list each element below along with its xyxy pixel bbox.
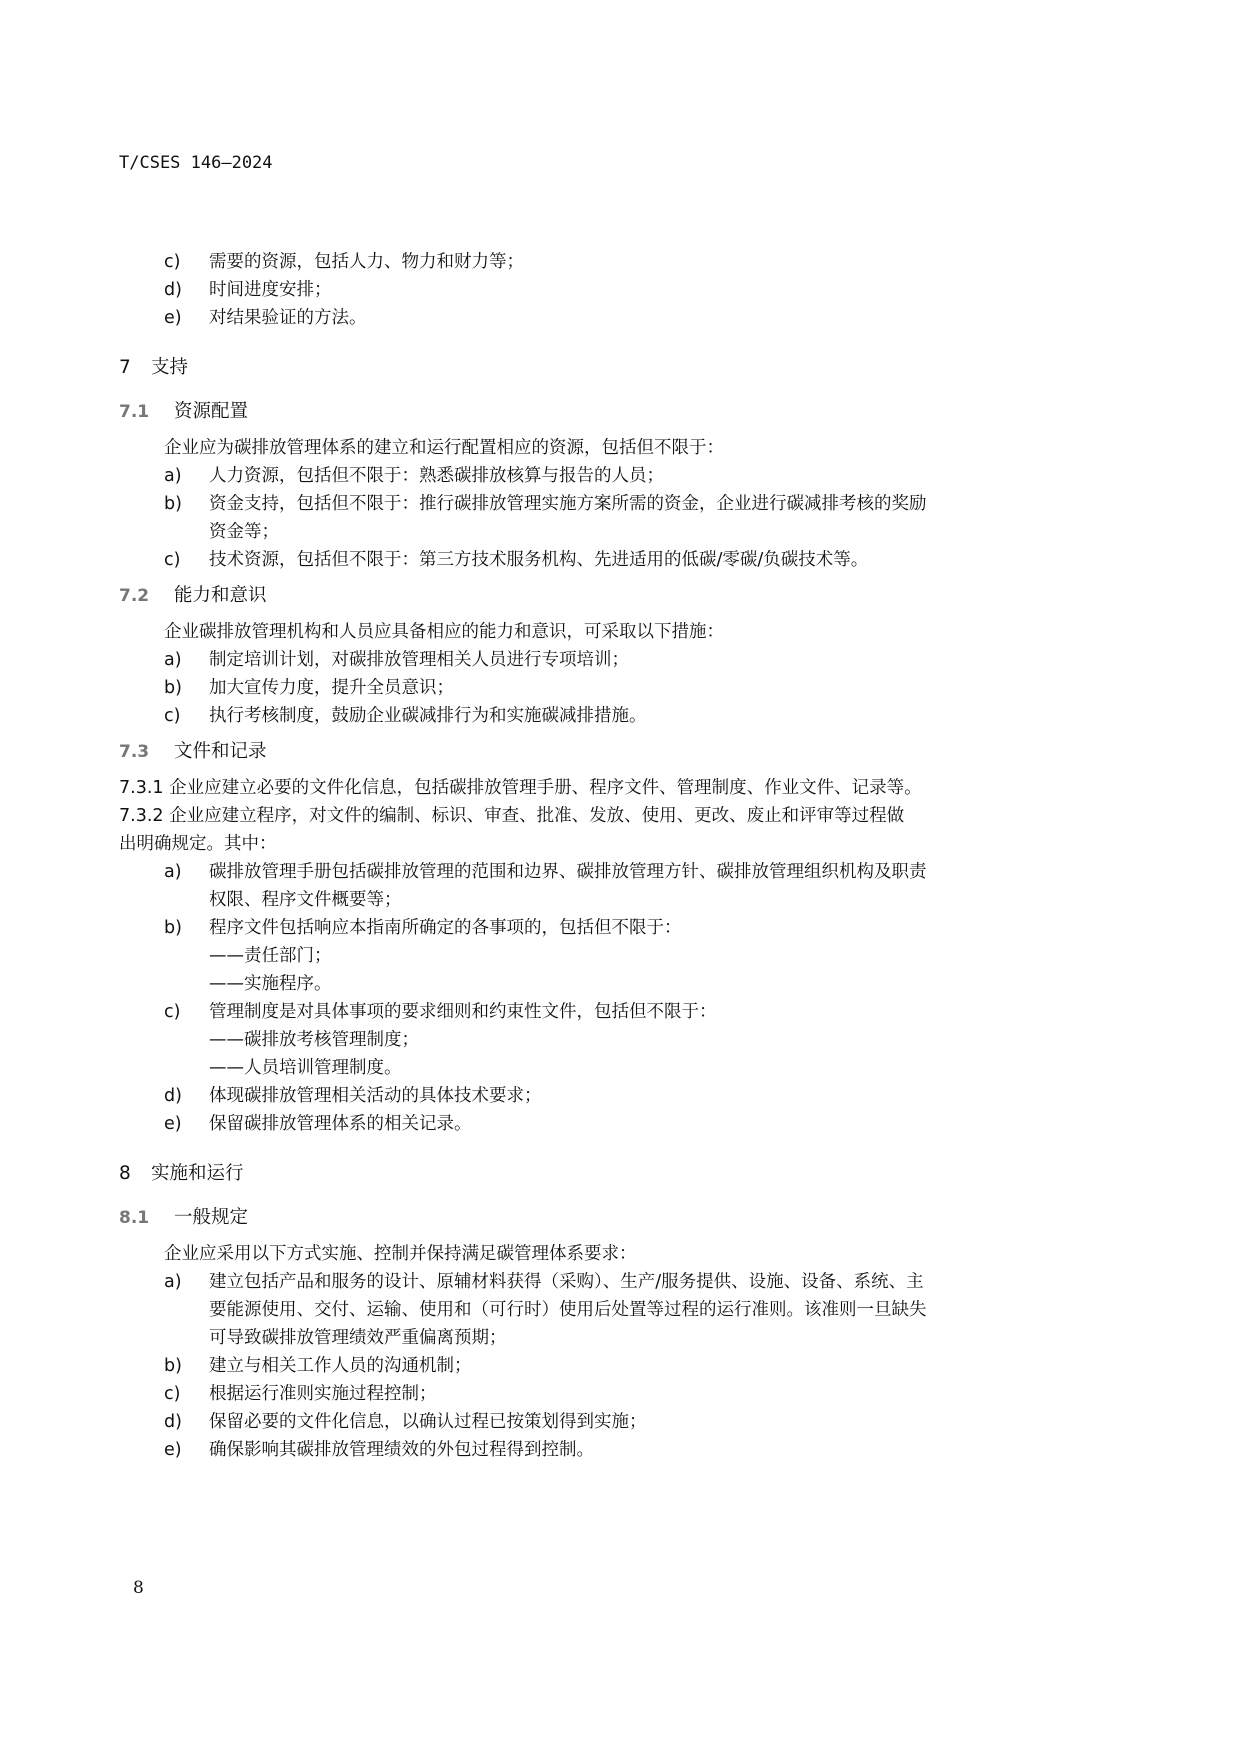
clause-7-3-2: 7.3.2 企业应建立程序，对文件的编制、标识、审查、批准、发放、使用、更改、废… [119,802,1099,830]
page-content: c)需要的资源，包括人力、物力和财力等； d)时间进度安排； e)对结果验证的方… [119,248,1099,1464]
list-item: a)建立包括产品和服务的设计、原辅材料获得（采购）、生产/服务提供、设施、设备、… [119,1268,1099,1296]
list-item-continuation: 资金等； [119,518,1099,546]
list-item: d)体现碳排放管理相关活动的具体技术要求； [119,1082,1099,1110]
page-number: 8 [133,1578,144,1598]
list-item: b)资金支持，包括但不限于：推行碳排放管理实施方案所需的资金，企业进行碳减排考核… [119,490,1099,518]
list-item: c)管理制度是对具体事项的要求细则和约束性文件，包括但不限于： [119,998,1099,1026]
section-heading-7: 7支持 [119,354,1099,382]
list-item: b)程序文件包括响应本指南所确定的各事项的，包括但不限于： [119,914,1099,942]
list-item: d)时间进度安排； [119,276,1099,304]
list-item: a)人力资源，包括但不限于：熟悉碳排放核算与报告的人员； [119,462,1099,490]
list-item: e)确保影响其碳排放管理绩效的外包过程得到控制。 [119,1436,1099,1464]
section-heading-7-3: 7.3文件和记录 [119,738,1099,766]
list-item: e)保留碳排放管理体系的相关记录。 [119,1110,1099,1138]
section-heading-7-2: 7.2能力和意识 [119,582,1099,610]
paragraph: 企业应为碳排放管理体系的建立和运行配置相应的资源，包括但不限于： [119,434,1099,462]
list-item-continuation: 可导致碳排放管理绩效严重偏离预期； [119,1324,1099,1352]
paragraph: 企业应采用以下方式实施、控制并保持满足碳管理体系要求： [119,1240,1099,1268]
dash-item: ——责任部门； [119,942,1099,970]
section-heading-7-1: 7.1资源配置 [119,398,1099,426]
dash-item: ——人员培训管理制度。 [119,1054,1099,1082]
dash-item: ——实施程序。 [119,970,1099,998]
list-item: c)技术资源，包括但不限于：第三方技术服务机构、先进适用的低碳/零碳/负碳技术等… [119,546,1099,574]
list-item: b)建立与相关工作人员的沟通机制； [119,1352,1099,1380]
list-item: d)保留必要的文件化信息，以确认过程已按策划得到实施； [119,1408,1099,1436]
list-item-continuation: 要能源使用、交付、运输、使用和（可行时）使用后处置等过程的运行准则。该准则一旦缺… [119,1296,1099,1324]
list-item: a)碳排放管理手册包括碳排放管理的范围和边界、碳排放管理方针、碳排放管理组织机构… [119,858,1099,886]
list-item: c)需要的资源，包括人力、物力和财力等； [119,248,1099,276]
list-item: c)执行考核制度，鼓励企业碳减排行为和实施碳减排措施。 [119,702,1099,730]
list-item: c)根据运行准则实施过程控制； [119,1380,1099,1408]
document-id: T/CSES 146—2024 [119,153,273,173]
paragraph: 企业碳排放管理机构和人员应具备相应的能力和意识，可采取以下措施： [119,618,1099,646]
list-item-continuation: 权限、程序文件概要等； [119,886,1099,914]
clause-7-3-1: 7.3.1 企业应建立必要的文件化信息，包括碳排放管理手册、程序文件、管理制度、… [119,774,1099,802]
list-item: e)对结果验证的方法。 [119,304,1099,332]
clause-7-3-2-continuation: 出明确规定。其中： [119,830,1099,858]
list-item: b)加大宣传力度，提升全员意识； [119,674,1099,702]
dash-item: ——碳排放考核管理制度； [119,1026,1099,1054]
list-item: a)制定培训计划，对碳排放管理相关人员进行专项培训； [119,646,1099,674]
section-heading-8: 8实施和运行 [119,1160,1099,1188]
section-heading-8-1: 8.1一般规定 [119,1204,1099,1232]
